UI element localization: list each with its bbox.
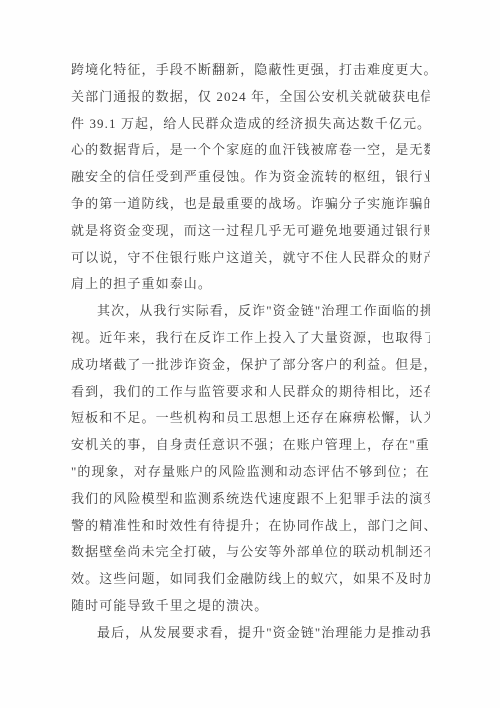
text-line: "的现象，对存量账户的风险监测和动态评估不够到位；在技术应用上， [71, 459, 430, 486]
text-line: 数据壁垒尚未完全打破，与公安等外部单位的联动机制还不够顺畅高 [71, 539, 430, 566]
text-line: 件 39.1 万起，给人民群众造成的经济损失高达数千亿元。这些触目惊 [71, 111, 430, 138]
text-line: 成功堵截了一批涉诈资金，保护了部分客户的利益。但是，必须清醒地 [71, 352, 430, 379]
text-line: 争的第一道防线，也是最重要的战场。诈骗分子实施诈骗的最终目的 [71, 191, 430, 218]
text-line: 跨境化特征，手段不断翻新，隐蔽性更强，打击难度更大。根据国家有 [71, 57, 430, 84]
text-line: 心的数据背后，是一个个家庭的血汗钱被席卷一空，是无数群众对金 [71, 137, 430, 164]
text-line: 我们的风险模型和监测系统迭代速度跟不上犯罪手法的演变速度，预 [71, 486, 430, 513]
text-line: 视。近年来，我行在反诈工作上投入了大量资源，也取得了一定成绩， [71, 325, 430, 352]
text-line: 其次，从我行实际看，反诈"资金链"治理工作面临的挑战不容忽 [71, 298, 430, 325]
text-line: 警的精准性和时效性有待提升；在协同作战上，部门之间、条线之间的 [71, 513, 430, 540]
text-line: 效。这些问题，如同我们金融防线上的蚁穴，如果不及时加固和堵塞， [71, 566, 430, 593]
text-line: 可以说，守不住银行账户这道关，就守不住人民群众的财产安全，我们 [71, 245, 430, 272]
document-body: 跨境化特征，手段不断翻新，隐蔽性更强，打击难度更大。根据国家有关部门通报的数据，… [71, 57, 430, 647]
text-line: 融安全的信任受到严重侵蚀。作为资金流转的枢纽，银行业是反诈斗 [71, 164, 430, 191]
text-line: 最后，从发展要求看，提升"资金链"治理能力是推动我行高质量 [71, 620, 430, 647]
text-line: 肩上的担子重如泰山。 [71, 271, 430, 298]
text-line: 随时可能导致千里之堤的溃决。 [71, 593, 430, 620]
text-line: 关部门通报的数据，仅 2024 年，全国公安机关就破获电信网络诈骗案 [71, 84, 430, 111]
text-line: 短板和不足。一些机构和员工思想上还存在麻痹松懈，认为反诈是公 [71, 405, 430, 432]
text-line: 看到，我们的工作与监管要求和人民群众的期待相比，还存在明显的 [71, 379, 430, 406]
text-line: 安机关的事，自身责任意识不强；在账户管理上，存在"重开户、轻管理 [71, 432, 430, 459]
document-page: 跨境化特征，手段不断翻新，隐蔽性更强，打击难度更大。根据国家有关部门通报的数据，… [0, 0, 500, 708]
text-line: 就是将资金变现，而这一过程几乎无可避免地要通过银行账户体系。 [71, 218, 430, 245]
